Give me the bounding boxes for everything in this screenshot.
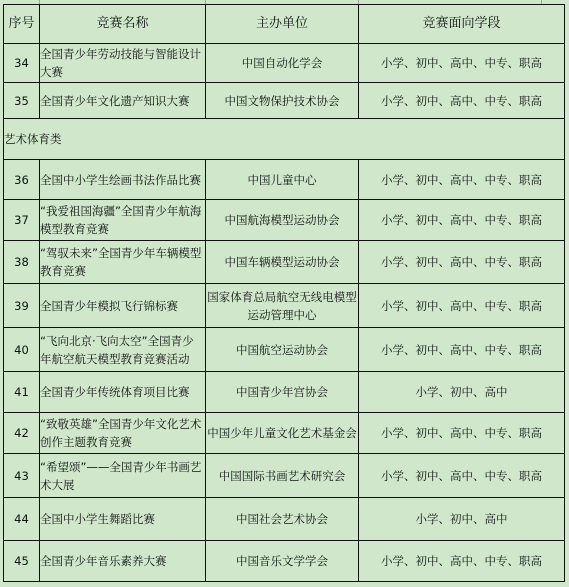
organizer: 中国音乐文学学会 (206, 541, 359, 582)
competition-name: 全国中小学生舞蹈比赛 (40, 498, 206, 541)
row-num: 38 (4, 241, 40, 284)
row-num: 41 (4, 372, 40, 413)
school-stages: 小学、初中、高中 (359, 372, 565, 413)
school-stages: 小学、初中、高中 (359, 498, 565, 541)
table-header-row: 序号 竞赛名称 主办单位 竞赛面向学段 (4, 5, 565, 44)
row-num: 44 (4, 498, 40, 541)
table-row: 45 全国青少年音乐素养大赛 中国音乐文学学会 小学、初中、高中、中专、职高 (4, 541, 565, 582)
category-label: 艺术体育类 (4, 119, 565, 160)
competition-name: 全国青少年模拟飞行锦标赛 (40, 284, 206, 328)
organizer: 中国航海模型运动协会 (206, 200, 359, 241)
competition-name: “致敬英雄”全国青少年文化艺术创作主题教育竞赛 (40, 413, 206, 454)
school-stages: 小学、初中、高中、中专、职高 (359, 454, 565, 498)
row-num: 45 (4, 541, 40, 582)
school-stages: 小学、初中、高中、中专、职高 (359, 44, 565, 83)
organizer: 中国自动化学会 (206, 44, 359, 83)
school-stages: 小学、初中、高中、中专、职高 (359, 83, 565, 119)
school-stages: 小学、初中、高中、中专、职高 (359, 160, 565, 200)
organizer: 中国文物保护技术协会 (206, 83, 359, 119)
table-row: 36 全国中小学生绘画书法作品比赛 中国儿童中心 小学、初中、高中、中专、职高 (4, 160, 565, 200)
table-row: 41 全国青少年传统体育项目比赛 中国青少年宫协会 小学、初中、高中 (4, 372, 565, 413)
competition-name: “飞向北京·飞向太空”全国青少年航空航天模型教育竞赛活动 (40, 328, 206, 372)
table-row: 38 “驾驭未来”全国青少年车辆模型教育竞赛 中国车辆模型运动协会 小学、初中、… (4, 241, 565, 284)
competition-name: “驾驭未来”全国青少年车辆模型教育竞赛 (40, 241, 206, 284)
organizer: 中国儿童中心 (206, 160, 359, 200)
row-num: 36 (4, 160, 40, 200)
table-row: 34 全国青少年劳动技能与智能设计大赛 中国自动化学会 小学、初中、高中、中专、… (4, 44, 565, 83)
table-row: 37 “我爱祖国海疆”全国青少年航海模型教育竞赛 中国航海模型运动协会 小学、初… (4, 200, 565, 241)
competition-name: 全国青少年音乐素养大赛 (40, 541, 206, 582)
row-num: 34 (4, 44, 40, 83)
organizer: 中国少年儿童文化艺术基金会 (206, 413, 359, 454)
organizer: 中国国际书画艺术研究会 (206, 454, 359, 498)
competition-name: 全国中小学生绘画书法作品比赛 (40, 160, 206, 200)
header-org: 主办单位 (206, 5, 359, 44)
organizer: 中国车辆模型运动协会 (206, 241, 359, 284)
school-stages: 小学、初中、高中、中专、职高 (359, 284, 565, 328)
header-num: 序号 (4, 5, 40, 44)
row-num: 35 (4, 83, 40, 119)
organizer: 中国社会艺术协会 (206, 498, 359, 541)
table-row: 44 全国中小学生舞蹈比赛 中国社会艺术协会 小学、初中、高中 (4, 498, 565, 541)
table-row: 42 “致敬英雄”全国青少年文化艺术创作主题教育竞赛 中国少年儿童文化艺术基金会… (4, 413, 565, 454)
row-num: 39 (4, 284, 40, 328)
school-stages: 小学、初中、高中、中专、职高 (359, 328, 565, 372)
table-row: 40 “飞向北京·飞向太空”全国青少年航空航天模型教育竞赛活动 中国航空运动协会… (4, 328, 565, 372)
category-row: 艺术体育类 (4, 119, 565, 160)
organizer: 中国航空运动协会 (206, 328, 359, 372)
header-stage: 竞赛面向学段 (359, 5, 565, 44)
table-row: 35 全国青少年文化遗产知识大赛 中国文物保护技术协会 小学、初中、高中、中专、… (4, 83, 565, 119)
school-stages: 小学、初中、高中、中专、职高 (359, 541, 565, 582)
row-num: 42 (4, 413, 40, 454)
row-num: 40 (4, 328, 40, 372)
table-row: 39 全国青少年模拟飞行锦标赛 国家体育总局航空无线电模型运动管理中心 小学、初… (4, 284, 565, 328)
row-num: 43 (4, 454, 40, 498)
school-stages: 小学、初中、高中、中专、职高 (359, 241, 565, 284)
competition-name: 全国青少年劳动技能与智能设计大赛 (40, 44, 206, 83)
competition-name: 全国青少年文化遗产知识大赛 (40, 83, 206, 119)
school-stages: 小学、初中、高中、中专、职高 (359, 413, 565, 454)
organizer: 中国青少年宫协会 (206, 372, 359, 413)
competition-table: 序号 竞赛名称 主办单位 竞赛面向学段 34 全国青少年劳动技能与智能设计大赛 … (3, 4, 565, 582)
header-name: 竞赛名称 (40, 5, 206, 44)
competition-name: “我爱祖国海疆”全国青少年航海模型教育竞赛 (40, 200, 206, 241)
row-num: 37 (4, 200, 40, 241)
organizer: 国家体育总局航空无线电模型运动管理中心 (206, 284, 359, 328)
competition-name: 全国青少年传统体育项目比赛 (40, 372, 206, 413)
competition-name: “希望颂”——全国青少年书画艺术大展 (40, 454, 206, 498)
school-stages: 小学、初中、高中、中专、职高 (359, 200, 565, 241)
table-row: 43 “希望颂”——全国青少年书画艺术大展 中国国际书画艺术研究会 小学、初中、… (4, 454, 565, 498)
